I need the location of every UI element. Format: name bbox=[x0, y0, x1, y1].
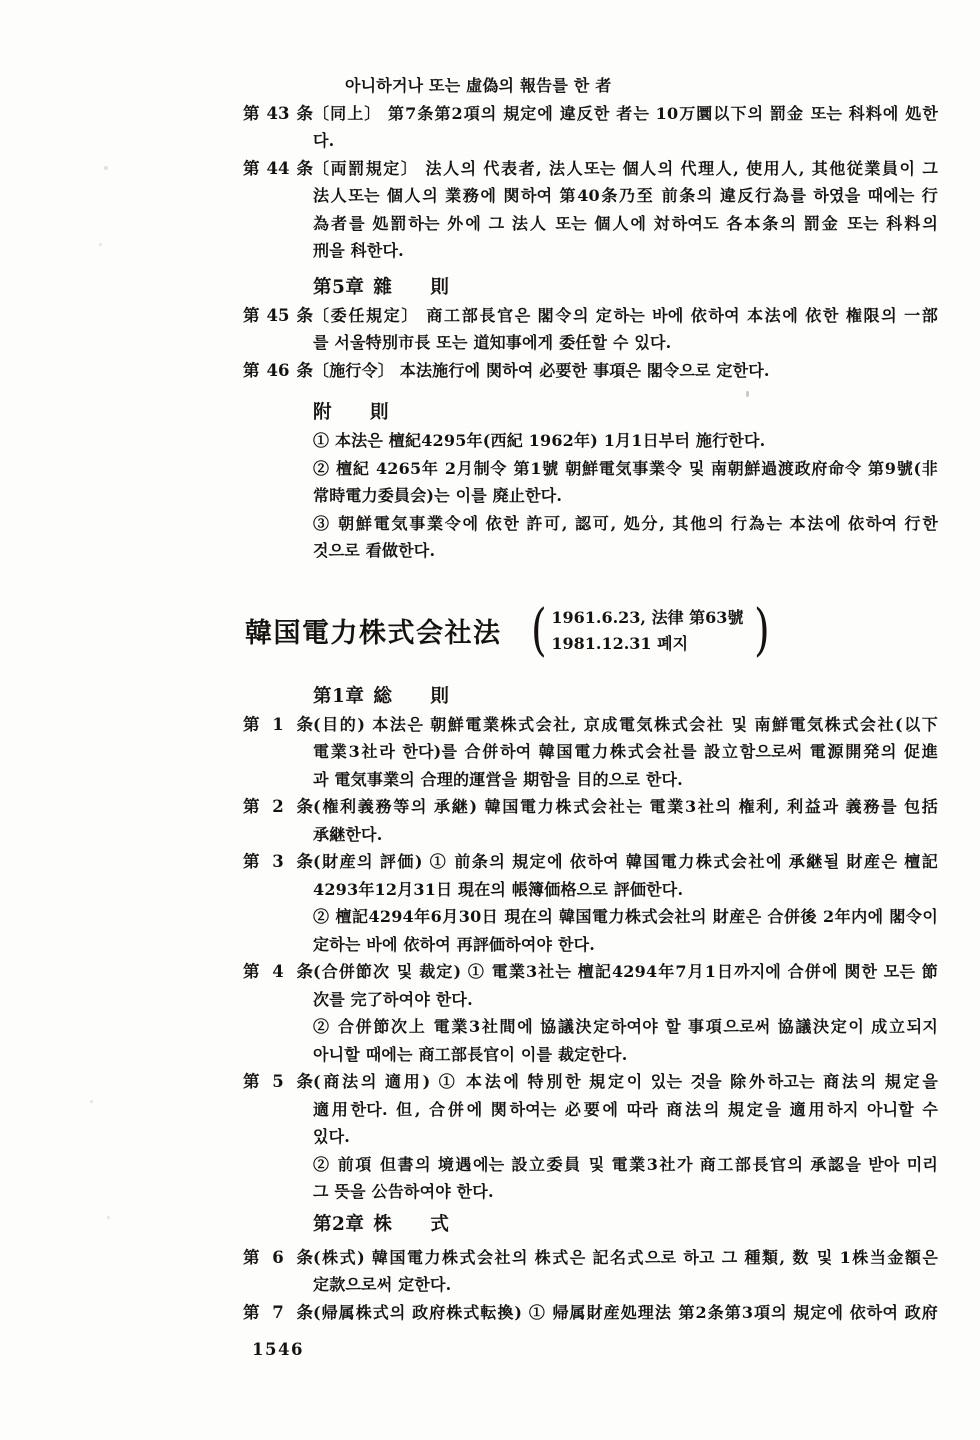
article: 第43条〔同上〕 第7条第2項의 規定에 違反한 者는 10万圜以下의 罰金 또… bbox=[243, 100, 938, 155]
article-number-part: 条 bbox=[296, 711, 313, 739]
chapter-heading: 第5章雜 則 bbox=[313, 274, 938, 302]
text-line: 를 서울特別市長 또는 道知事에게 委任할 수 있다. bbox=[313, 329, 938, 357]
enactment-note: (1961.6.23, 法律 第63號1981.12.31 폐지) bbox=[528, 603, 774, 659]
text-line: 承継한다. bbox=[313, 821, 938, 849]
chapter-heading: 附 則 bbox=[313, 399, 938, 427]
article-body: (商法의 適用) ① 本法에 特別한 規定이 있는 것을 除外하고는 商法의 規… bbox=[313, 1068, 938, 1206]
article-body: 〔施行令〕 本法施行에 関하여 必要한 事項은 閣令으로 定한다. bbox=[313, 357, 938, 385]
chapter-heading: 第1章総 則 bbox=[313, 683, 938, 711]
scanned-page: 아니하거나 또는 虛偽의 報告를 한 者第43条〔同上〕 第7条第2項의 規定에… bbox=[0, 0, 980, 1440]
article-number-part: 条 bbox=[297, 357, 314, 385]
article-number: 第6条 bbox=[243, 1244, 313, 1272]
chapter-number: 第1章 bbox=[313, 686, 364, 707]
article-body: (帰属株式의 政府株式転換) ① 帰属財産処理法 第2条第3項의 規定에 依하여… bbox=[313, 1299, 938, 1327]
article-number-part: 6 bbox=[272, 1244, 283, 1272]
article-body: (目的) 本法은 朝鮮電業株式会社, 京成電気株式会社 및 南鮮電気株式会社(以… bbox=[313, 711, 938, 794]
article-number-part: 1 bbox=[272, 711, 283, 739]
article-body: ① 本法은 檀紀4295年(西紀 1962年) 1月1日부터 施行한다. bbox=[313, 427, 938, 455]
text-line: 電業3社라 한다)를 合併하여 韓国電力株式会社를 設立함으로써 電源開発의 促… bbox=[313, 738, 938, 766]
article-number-part: 第 bbox=[243, 1244, 260, 1272]
article: 第7条(帰属株式의 政府株式転換) ① 帰属財産処理法 第2条第3項의 規定에 … bbox=[243, 1299, 938, 1327]
scan-speck bbox=[746, 391, 749, 397]
text-line: ② 前項 但書의 境遇에는 設立委員 및 電業3社가 商工部長官의 承認을 받아… bbox=[313, 1151, 938, 1179]
text-line: (目的) 本法은 朝鮮電業株式会社, 京成電気株式会社 및 南鮮電気株式会社(以… bbox=[313, 711, 938, 739]
supplementary-paragraph: ① 本法은 檀紀4295年(西紀 1962年) 1月1日부터 施行한다. bbox=[313, 427, 938, 455]
text-line: 法人또는 個人의 業務에 関하여 第40条乃至 前条의 違反行為를 하였을 때에… bbox=[313, 182, 938, 210]
article-number-part: 44 bbox=[267, 155, 290, 183]
article-body: (財産의 評価) ① 前条의 規定에 依하여 韓国電力株式会社에 承継될 財産은… bbox=[313, 848, 938, 958]
article-number: 第2条 bbox=[243, 793, 313, 821]
text-line: 있다. bbox=[313, 1123, 938, 1151]
article-number-part: 2 bbox=[272, 793, 283, 821]
text-line: 定款으로써 定한다. bbox=[313, 1271, 938, 1299]
article-number-part: 4 bbox=[272, 958, 283, 986]
law-title: 韓国電力株式会社法 bbox=[245, 611, 502, 650]
text-line: 그 뜻을 公告하여야 한다. bbox=[313, 1178, 938, 1206]
article-number-part: 第 bbox=[243, 1299, 260, 1327]
article: 第3条(財産의 評価) ① 前条의 規定에 依하여 韓国電力株式会社에 承継될 … bbox=[243, 848, 938, 958]
text-line: (財産의 評価) ① 前条의 規定에 依하여 韓国電力株式会社에 承継될 財産은… bbox=[313, 848, 938, 876]
article-number-part: 第 bbox=[243, 357, 260, 385]
text-line: (合併節次 및 裁定) ① 電業3社는 檀記4294年7月1日까지에 合併에 関… bbox=[313, 958, 938, 986]
article-number-part: 条 bbox=[297, 100, 314, 128]
article-number: 第3条 bbox=[243, 848, 313, 876]
text-line: (商法의 適用) ① 本法에 特別한 規定이 있는 것을 除外하고는 商法의 規… bbox=[313, 1068, 938, 1096]
article-number-part: 7 bbox=[272, 1299, 283, 1327]
enactment-line: 1961.6.23, 法律 第63號 bbox=[551, 605, 749, 631]
page-number: 1546 bbox=[252, 1340, 304, 1359]
enactment-line: 1981.12.31 폐지 bbox=[551, 631, 749, 657]
text-line: (帰属株式의 政府株式転換) ① 帰属財産処理法 第2条第3項의 規定에 依하여… bbox=[313, 1299, 938, 1327]
supplementary-paragraph: ② 檀紀 4265年 2月制令 第1號 朝鮮電気事業令 및 南朝鮮過渡政府命令 … bbox=[313, 455, 938, 510]
article-body: ② 檀紀 4265年 2月制令 第1號 朝鮮電気事業令 및 南朝鮮過渡政府命令 … bbox=[313, 455, 938, 510]
article-number: 第46条 bbox=[243, 357, 313, 385]
article-body: ③ 朝鮮電気事業令에 依한 許可, 認可, 処分, 其他의 行為는 本法에 依하… bbox=[313, 510, 938, 565]
article-number-part: 条 bbox=[297, 302, 314, 330]
article-number-part: 条 bbox=[296, 1068, 313, 1096]
article: 第46条〔施行令〕 本法施行에 関하여 必要한 事項은 閣令으로 定한다. bbox=[243, 357, 938, 385]
article: 第2条(権利義務等의 承継) 韓国電力株式会社는 電業3社의 権利, 利益과 義… bbox=[243, 793, 938, 848]
text-line: 次를 完了하여야 한다. bbox=[313, 986, 938, 1014]
text-line: ② 合併節次上 電業3社間에 協議決定하여야 할 事項으로써 協議決定이 成立되… bbox=[313, 1013, 938, 1041]
article-number-part: 条 bbox=[296, 793, 313, 821]
text-line: 〔委任規定〕 商工部長官은 閣令의 定하는 바에 依하여 本法에 依한 権限의 … bbox=[313, 302, 938, 330]
article-number-part: 第 bbox=[243, 155, 260, 183]
text-column: 아니하거나 또는 虛偽의 報告를 한 者第43条〔同上〕 第7条第2項의 規定에… bbox=[243, 72, 938, 1326]
article-number-part: 第 bbox=[243, 711, 260, 739]
supplementary-paragraph: 아니하거나 또는 虛偽의 報告를 한 者 bbox=[345, 72, 938, 100]
article-number: 第5条 bbox=[243, 1068, 313, 1096]
article-number-part: 第 bbox=[243, 100, 260, 128]
text-line: ① 本法은 檀紀4295年(西紀 1962年) 1月1日부터 施行한다. bbox=[313, 427, 938, 455]
article-number-part: 条 bbox=[296, 1244, 313, 1272]
article-number-part: 条 bbox=[296, 1299, 313, 1327]
article-number-part: 3 bbox=[272, 848, 283, 876]
article: 第4条(合併節次 및 裁定) ① 電業3社는 檀記4294年7月1日까지에 合併… bbox=[243, 958, 938, 1068]
article: 第5条(商法의 適用) ① 本法에 特別한 規定이 있는 것을 除外하고는 商法… bbox=[243, 1068, 938, 1206]
scan-speck bbox=[90, 1100, 93, 1103]
article-body: (権利義務等의 承継) 韓国電力株式会社는 電業3社의 権利, 利益과 義務를 … bbox=[313, 793, 938, 848]
article-body: 아니하거나 또는 虛偽의 報告를 한 者 bbox=[345, 72, 938, 100]
article-body: 〔委任規定〕 商工部長官은 閣令의 定하는 바에 依하여 本法에 依한 権限의 … bbox=[313, 302, 938, 357]
text-line: 다. bbox=[313, 127, 938, 155]
text-line: ② 檀紀 4265年 2月制令 第1號 朝鮮電気事業令 및 南朝鮮過渡政府命令 … bbox=[313, 455, 938, 483]
scan-speck bbox=[104, 166, 108, 170]
chapter-title: 雜 則 bbox=[373, 277, 449, 298]
chapter-heading: 第2章株 式 bbox=[313, 1211, 938, 1239]
article-number: 第4条 bbox=[243, 958, 313, 986]
supplementary-paragraph: ③ 朝鮮電気事業令에 依한 許可, 認可, 処分, 其他의 行為는 本法에 依하… bbox=[313, 510, 938, 565]
article: 第1条(目的) 本法은 朝鮮電業株式会社, 京成電気株式会社 및 南鮮電気株式会… bbox=[243, 711, 938, 794]
article-number-part: 第 bbox=[243, 958, 260, 986]
article-number: 第44条 bbox=[243, 155, 313, 183]
text-line: ③ 朝鮮電気事業令에 依한 許可, 認可, 処分, 其他의 行為는 本法에 依하… bbox=[313, 510, 938, 538]
article-number-part: 条 bbox=[297, 155, 314, 183]
article: 第44条〔両罰規定〕 法人의 代表者, 法人또는 個人의 代理人, 使用人, 其… bbox=[243, 155, 938, 265]
text-line: 定하는 바에 依하여 再評価하여야 한다. bbox=[313, 931, 938, 959]
scan-speck bbox=[107, 1216, 110, 1219]
article-number: 第45条 bbox=[243, 302, 313, 330]
text-line: (権利義務等의 承継) 韓国電力株式会社는 電業3社의 権利, 利益과 義務를 … bbox=[313, 793, 938, 821]
article-number-part: 第 bbox=[243, 1068, 260, 1096]
article-body: 〔同上〕 第7条第2項의 規定에 違反한 者는 10万圜以下의 罰金 또는 科料… bbox=[313, 100, 938, 155]
article-number: 第43条 bbox=[243, 100, 313, 128]
right-paren-icon: ) bbox=[754, 603, 770, 659]
text-line: 常時電力委員会)는 이를 廃止한다. bbox=[313, 482, 938, 510]
text-line: ② 檀記4294年6月30日 現在의 韓国電力株式会社의 財産은 合併後 2年内… bbox=[313, 903, 938, 931]
chapter-title: 株 式 bbox=[373, 1214, 449, 1235]
text-line: 為者를 処罰하는 外에 그 法人 또는 個人에 対하여도 各本条의 罰金 또는 … bbox=[313, 210, 938, 238]
article-body: 〔両罰規定〕 法人의 代表者, 法人또는 個人의 代理人, 使用人, 其他従業員… bbox=[313, 155, 938, 265]
text-line: 4293年12月31日 現在의 帳簿価格으로 評価한다. bbox=[313, 876, 938, 904]
text-line: 아니할 때에는 商工部長官이 이를 裁定한다. bbox=[313, 1041, 938, 1069]
article-number-part: 条 bbox=[296, 848, 313, 876]
text-line: 〔同上〕 第7条第2項의 規定에 違反한 者는 10万圜以下의 罰金 또는 科料… bbox=[313, 100, 938, 128]
text-line: 과 電気事業의 合理的運営을 期함을 目的으로 한다. bbox=[313, 766, 938, 794]
article-number: 第1条 bbox=[243, 711, 313, 739]
article-number-part: 43 bbox=[267, 100, 290, 128]
article-body: (合併節次 및 裁定) ① 電業3社는 檀記4294年7月1日까지에 合併에 関… bbox=[313, 958, 938, 1068]
article-number-part: 46 bbox=[267, 357, 290, 385]
document-page: { "page": { "number": "1546" }, "documen… bbox=[0, 0, 980, 1440]
article-number-part: 第 bbox=[243, 302, 260, 330]
chapter-title: 総 則 bbox=[373, 686, 449, 707]
text-line: 아니하거나 또는 虛偽의 報告를 한 者 bbox=[345, 72, 938, 100]
law-title-block: 韓国電力株式会社法(1961.6.23, 法律 第63號1981.12.31 폐… bbox=[245, 599, 938, 663]
article: 第6条(株式) 韓国電力株式会社의 株式은 記名式으로 하고 그 種類, 数 및… bbox=[243, 1244, 938, 1299]
article-number-part: 条 bbox=[296, 958, 313, 986]
article-number-part: 5 bbox=[272, 1068, 283, 1096]
left-paren-icon: ( bbox=[531, 603, 547, 659]
text-line: 適用한다. 但, 合併에 関하여는 必要에 따라 商法의 規定을 適用하지 아니… bbox=[313, 1096, 938, 1124]
article-number: 第7条 bbox=[243, 1299, 313, 1327]
article-number-part: 45 bbox=[267, 302, 290, 330]
article-number-part: 第 bbox=[243, 848, 260, 876]
text-line: 〔施行令〕 本法施行에 関하여 必要한 事項은 閣令으로 定한다. bbox=[313, 357, 938, 385]
text-line: 〔両罰規定〕 法人의 代表者, 法人또는 個人의 代理人, 使用人, 其他従業員… bbox=[313, 155, 938, 183]
enactment-lines: 1961.6.23, 法律 第63號1981.12.31 폐지 bbox=[551, 605, 749, 657]
article-number-part: 第 bbox=[243, 793, 260, 821]
scan-speck bbox=[99, 243, 102, 246]
chapter-title: 附 則 bbox=[313, 402, 389, 423]
text-line: 것으로 看做한다. bbox=[313, 537, 938, 565]
article: 第45条〔委任規定〕 商工部長官은 閣令의 定하는 바에 依하여 本法에 依한 … bbox=[243, 302, 938, 357]
chapter-number: 第5章 bbox=[313, 277, 364, 298]
text-line: 刑을 科한다. bbox=[313, 237, 938, 265]
article-body: (株式) 韓国電力株式会社의 株式은 記名式으로 하고 그 種類, 数 및 1株… bbox=[313, 1244, 938, 1299]
chapter-number: 第2章 bbox=[313, 1214, 364, 1235]
text-line: (株式) 韓国電力株式会社의 株式은 記名式으로 하고 그 種類, 数 및 1株… bbox=[313, 1244, 938, 1272]
